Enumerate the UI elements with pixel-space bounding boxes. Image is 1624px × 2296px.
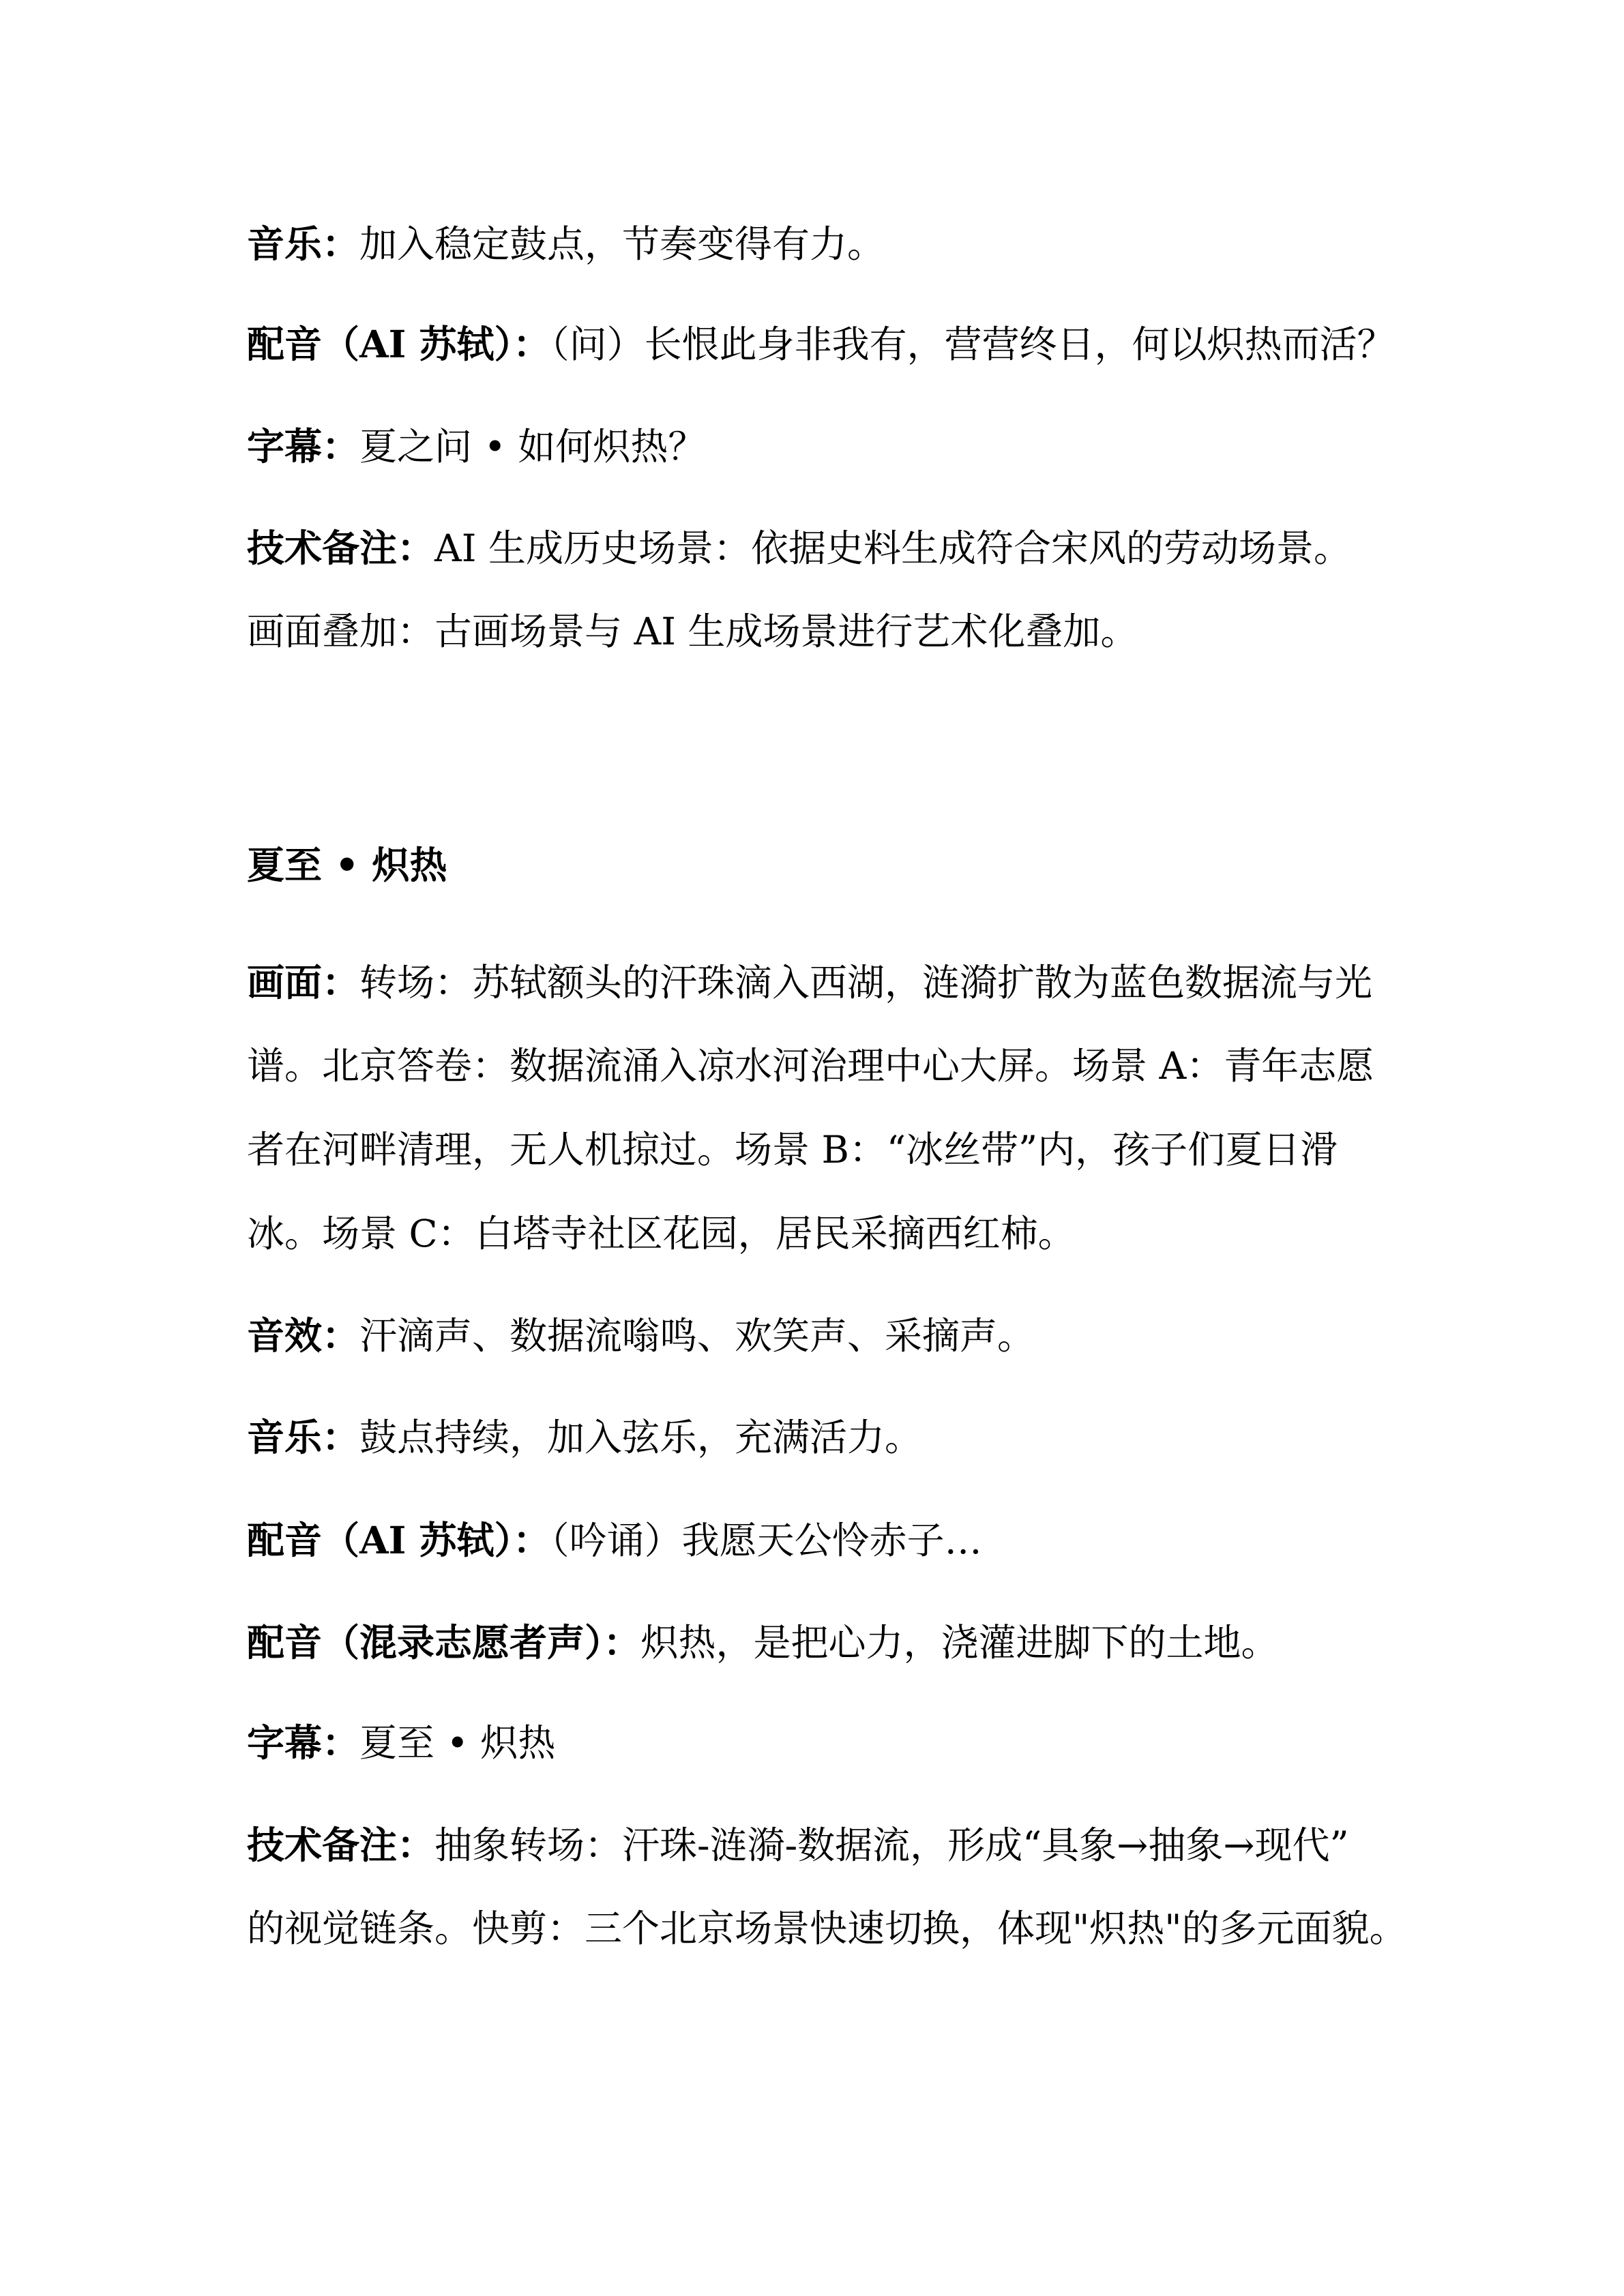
voiceover-ai-text: （问）长恨此身非我有，营营终日，何以炽热而活？ (550, 323, 1395, 366)
music-text-2: 鼓点持续，加入弦乐，充满活力。 (359, 1416, 922, 1459)
subtitle-paragraph: 字幕：夏之问 • 如何炽热？ (247, 404, 1379, 488)
tech-note-line-2: 画面叠加：古画场景与 AI 生成场景进行艺术化叠加。 (247, 590, 1379, 674)
subtitle-paragraph-2: 字幕：夏至 • 炽热 (247, 1701, 1379, 1785)
sfx-paragraph: 音效：汗滴声、数据流嗡鸣、欢笑声、采摘声。 (247, 1294, 1379, 1377)
subtitle-label: 字幕： (247, 424, 359, 468)
tech-note-label: 技术备注： (247, 526, 434, 570)
music-paragraph: 音乐：加入稳定鼓点，节奏变得有力。 (247, 202, 1379, 286)
music-label: 音乐： (247, 222, 359, 266)
scene-line-2: 谱。北京答卷：数据流涌入凉水河治理中心大屏。场景 A：青年志愿 (247, 1024, 1379, 1108)
voiceover-volunteer-text: 炽热，是把心力，浇灌进脚下的土地。 (641, 1621, 1279, 1665)
sfx-label: 音效： (247, 1313, 359, 1358)
scene-line-4: 冰。场景 C：白塔寺社区花园，居民采摘西红柿。 (247, 1192, 1379, 1276)
tech-note-label-2: 技术备注： (247, 1823, 434, 1867)
voiceover-volunteer-label: 配音（混录志愿者声）： (247, 1620, 641, 1665)
music-label-2: 音乐： (247, 1415, 359, 1459)
voiceover-ai-paragraph-2: 配音（AI 苏轼）：（吟诵）我愿天公怜赤子… (247, 1498, 1379, 1582)
music-paragraph-2: 音乐：鼓点持续，加入弦乐，充满活力。 (247, 1395, 1379, 1479)
music-text: 加入稳定鼓点，节奏变得有力。 (359, 222, 885, 266)
scene-label: 画面： (247, 960, 359, 1004)
tech-note-paragraph: 技术备注：AI 生成历史场景：依据史料生成符合宋风的劳动场景。 画面叠加：古画场… (247, 506, 1379, 674)
section-heading-text: 夏至 • 炽热 (247, 823, 1379, 907)
voiceover-ai-paragraph: 配音（AI 苏轼）：（问）长恨此身非我有，营营终日，何以炽热而活？ (247, 302, 1379, 386)
scene-paragraph: 画面：转场：苏轼额头的汗珠滴入西湖，涟漪扩散为蓝色数据流与光 谱。北京答卷：数据… (247, 940, 1379, 1276)
voiceover-volunteer-paragraph: 配音（混录志愿者声）：炽热，是把心力，浇灌进脚下的土地。 (247, 1600, 1379, 1684)
subtitle-label-2: 字幕： (247, 1720, 359, 1765)
subtitle-text: 夏之问 • 如何炽热？ (359, 425, 705, 468)
sfx-text: 汗滴声、数据流嗡鸣、欢笑声、采摘声。 (359, 1314, 1035, 1358)
voiceover-ai-text-2: （吟诵）我愿天公怜赤子… (550, 1519, 982, 1562)
voiceover-ai-label: 配音（AI 苏轼）： (247, 322, 550, 366)
voiceover-ai-label-2: 配音（AI 苏轼）： (247, 1518, 550, 1562)
tech-note-line-1: AI 生成历史场景：依据史料生成符合宋风的劳动场景。 (434, 526, 1351, 570)
subtitle-text-2: 夏至 • 炽热 (359, 1721, 555, 1765)
section-heading: 夏至 • 炽热 (247, 823, 1379, 907)
tech-note-2-line-2: 的视觉链条。快剪：三个北京场景快速切换，体现"炽热"的多元面貌。 (247, 1887, 1379, 1971)
tech-note-2-line-1: 抽象转场：汗珠-涟漪-数据流，形成“具象→抽象→现代” (434, 1823, 1349, 1867)
scene-line-3: 者在河畔清理，无人机掠过。场景 B：“冰丝带”内，孩子们夏日滑 (247, 1108, 1379, 1192)
scene-line-1: 转场：苏轼额头的汗珠滴入西湖，涟漪扩散为蓝色数据流与光 (359, 961, 1372, 1004)
tech-note-paragraph-2: 技术备注：抽象转场：汗珠-涟漪-数据流，形成“具象→抽象→现代” 的视觉链条。快… (247, 1803, 1379, 1971)
